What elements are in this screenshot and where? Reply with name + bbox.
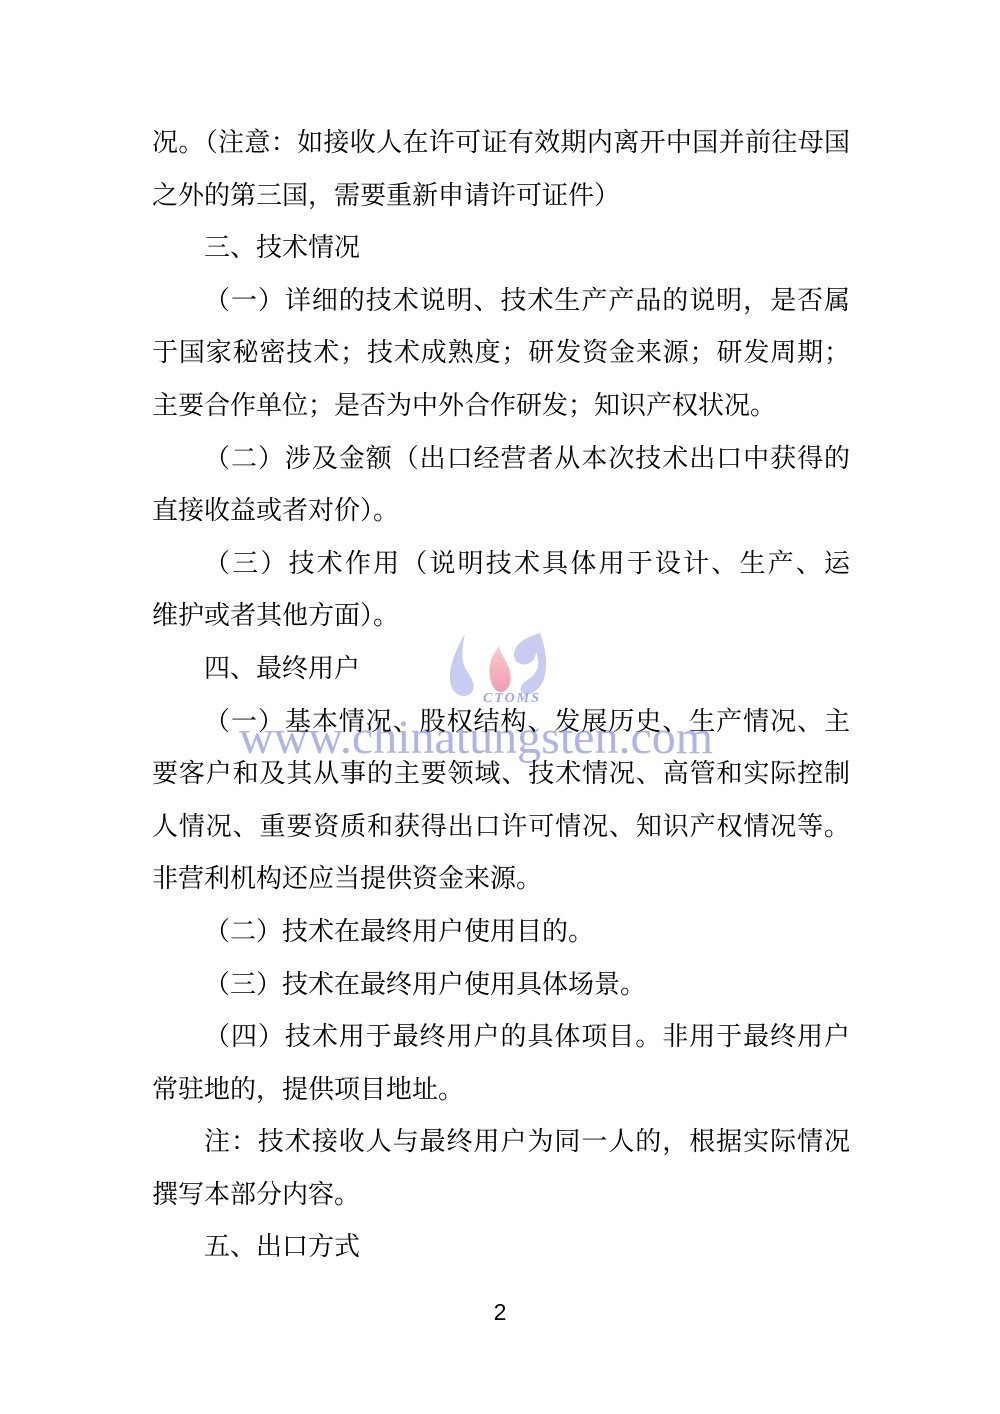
text-line: （二）涉及金额（出口经营者从本次技术出口中获得的	[152, 432, 850, 485]
text-line: 于国家秘密技术；技术成熟度；研发资金来源；研发周期；	[152, 326, 850, 379]
text-line: 维护或者其他方面）。	[152, 589, 850, 642]
text-line: 直接收益或者对价）。	[152, 484, 850, 537]
text-line: 注：技术接收人与最终用户为同一人的，根据实际情况	[152, 1115, 850, 1168]
text-line: （二）技术在最终用户使用目的。	[152, 905, 850, 958]
text-line: （三）技术在最终用户使用具体场景。	[152, 958, 850, 1011]
text-line: 要客户和及其从事的主要领域、技术情况、高管和实际控制	[152, 747, 850, 800]
document-page: CTOMS www.chinatungsten.com 况。（注意：如接收人在许…	[0, 0, 1000, 1414]
page-number: 2	[0, 1300, 1000, 1324]
text-line: 之外的第三国，需要重新申请许可证件）	[152, 169, 850, 222]
text-line: 四、最终用户	[152, 642, 850, 695]
text-line: （三）技术作用（说明技术具体用于设计、生产、运营、	[152, 537, 850, 590]
text-line: 主要合作单位；是否为中外合作研发；知识产权状况。	[152, 379, 850, 432]
text-line: 五、出口方式	[152, 1220, 850, 1273]
document-body: 况。（注意：如接收人在许可证有效期内离开中国并前往母国之外的第三国，需要重新申请…	[152, 116, 850, 1273]
text-line: 况。（注意：如接收人在许可证有效期内离开中国并前往母国	[152, 116, 850, 169]
text-line: （一）详细的技术说明、技术生产产品的说明，是否属	[152, 274, 850, 327]
text-line: （一）基本情况、股权结构、发展历史、生产情况、主	[152, 695, 850, 748]
text-line: 常驻地的，提供项目地址。	[152, 1063, 850, 1116]
text-line: 三、技术情况	[152, 221, 850, 274]
text-line: 非营利机构还应当提供资金来源。	[152, 852, 850, 905]
text-line: （四）技术用于最终用户的具体项目。非用于最终用户	[152, 1010, 850, 1063]
text-line: 撰写本部分内容。	[152, 1168, 850, 1221]
text-line: 人情况、重要资质和获得出口许可情况、知识产权情况等。	[152, 800, 850, 853]
